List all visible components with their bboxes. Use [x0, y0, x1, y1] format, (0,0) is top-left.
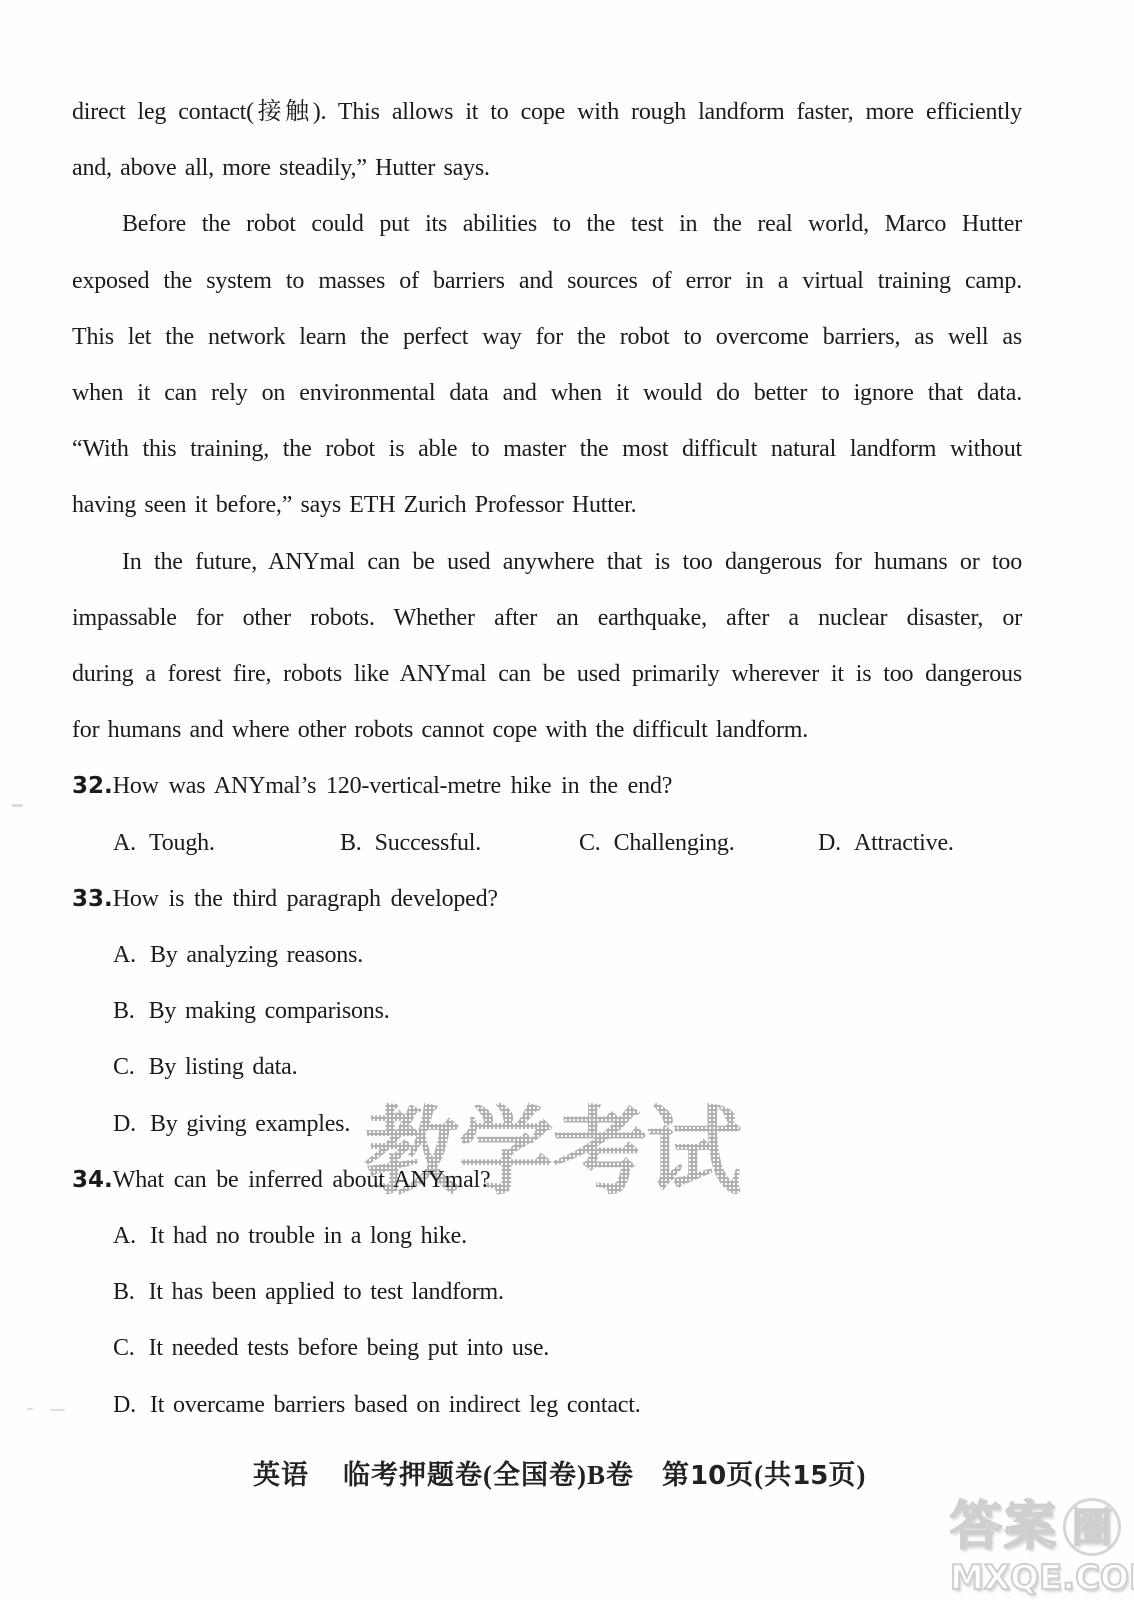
question-number: 34. [72, 1167, 113, 1193]
passage-line: Before the robot could put its abilities… [72, 196, 1022, 253]
footer-page-suffix: 页) [828, 1460, 866, 1490]
option-text: By giving examples. [150, 1111, 350, 1137]
option-text: It had no trouble in a long hike. [150, 1223, 467, 1249]
option-label: D. [818, 830, 841, 856]
option-c: C.Challenging. [579, 815, 735, 871]
passage-and-questions: direct leg contact(接触). This allows it t… [0, 0, 1134, 1600]
option-text: By analyzing reasons. [150, 942, 363, 968]
option-label: A. [113, 1223, 136, 1249]
option-text: Challenging. [614, 830, 735, 856]
option-text: By listing data. [149, 1054, 298, 1080]
footer-title: 临考押题卷(全国卷)B卷 [343, 1460, 634, 1490]
footer-page-number: 10 [690, 1461, 726, 1491]
option-b: B.By making comparisons. [72, 983, 1022, 1040]
passage-line: In the future, ANYmal can be used anywhe… [72, 534, 1022, 591]
passage-line: “With this training, the robot is able t… [72, 421, 1022, 478]
option-label: C. [579, 830, 601, 856]
passage-line: exposed the system to masses of barriers… [72, 253, 1022, 310]
passage-line: impassable for other robots. Whether aft… [72, 590, 1022, 647]
question-32: 32.How was ANYmal’s 120-vertical-metre h… [72, 758, 1022, 815]
footer-subject: 英语 [253, 1460, 309, 1490]
question-text: How was ANYmal’s 120-vertical-metre hike… [113, 773, 672, 799]
option-a: A.It had no trouble in a long hike. [72, 1208, 1022, 1265]
option-d: D.By giving examples. [72, 1096, 1022, 1153]
option-text: Tough. [149, 830, 215, 856]
option-d: D.It overcame barriers based on indirect… [72, 1377, 1022, 1434]
option-label: A. [113, 942, 136, 968]
footer-page-prefix: 第 [662, 1460, 690, 1490]
passage-line: and, above all, more steadily,” Hutter s… [72, 140, 1022, 197]
option-text: By making comparisons. [149, 998, 390, 1024]
passage-line: direct leg contact(接触). This allows it t… [72, 84, 1022, 141]
option-label: D. [113, 1392, 136, 1418]
passage-line: having seen it before,” says ETH Zurich … [72, 477, 1022, 534]
option-label: D. [113, 1111, 136, 1137]
passage-line: This let the network learn the perfect w… [72, 309, 1022, 366]
question-number: 33. [72, 886, 113, 912]
option-label: C. [113, 1335, 135, 1361]
option-a: A.Tough. [113, 815, 215, 871]
footer-total-pages: 15 [792, 1461, 828, 1491]
question-number: 32. [72, 773, 113, 799]
passage-line: during a forest fire, robots like ANYmal… [72, 646, 1022, 703]
question-33: 33.How is the third paragraph developed? [72, 871, 1022, 928]
option-text: It needed tests before being put into us… [149, 1335, 550, 1361]
question-32-options: A.Tough. B.Successful. C.Challenging. D.… [72, 815, 1022, 872]
option-a: A.By analyzing reasons. [72, 927, 1022, 984]
option-c: C.It needed tests before being put into … [72, 1320, 1022, 1377]
option-text: It overcame barriers based on indirect l… [150, 1392, 641, 1418]
passage-line: for humans and where other robots cannot… [72, 702, 1022, 759]
passage-line: when it can rely on environmental data a… [72, 365, 1022, 422]
option-text: Attractive. [854, 830, 954, 856]
option-label: B. [340, 830, 362, 856]
option-label: B. [113, 1279, 135, 1305]
page-footer: 英语临考押题卷(全国卷)B卷第10页(共15页) [253, 1458, 866, 1492]
option-text: It has been applied to test landform. [149, 1279, 504, 1305]
question-34: 34.What can be inferred about ANYmal? [72, 1152, 1022, 1209]
option-text: Successful. [375, 830, 481, 856]
option-c: C.By listing data. [72, 1039, 1022, 1096]
option-label: B. [113, 998, 135, 1024]
exam-page: 教学考试 direct leg contact(接触). This allows… [0, 0, 1134, 1600]
option-b: B.Successful. [340, 815, 481, 871]
question-text: What can be inferred about ANYmal? [113, 1167, 491, 1193]
option-b: B.It has been applied to test landform. [72, 1264, 1022, 1321]
option-d: D.Attractive. [818, 815, 954, 871]
question-text: How is the third paragraph developed? [113, 886, 498, 912]
footer-page-mid: 页(共 [726, 1460, 792, 1490]
option-label: A. [113, 830, 136, 856]
option-label: C. [113, 1054, 135, 1080]
